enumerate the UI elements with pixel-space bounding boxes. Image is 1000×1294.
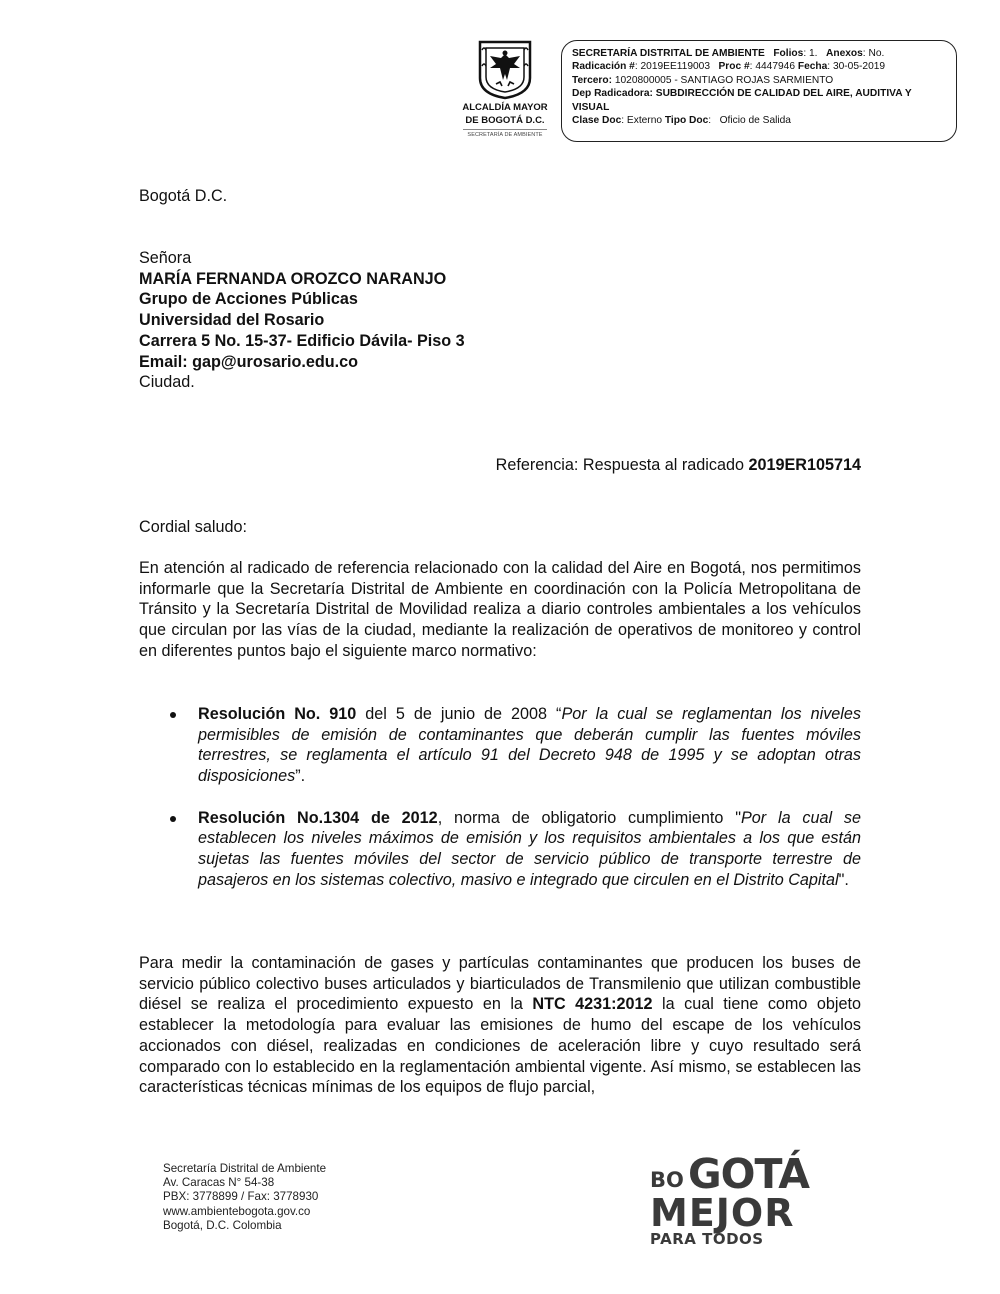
regulation-tail: ”. <box>295 767 305 785</box>
recipient-institution: Universidad del Rosario <box>139 310 861 331</box>
stamp-line-4: Dep Radicadora: SUBDIRECCIÓN DE CALIDAD … <box>572 87 948 114</box>
regulation-item: Resolución No. 910 del 5 de junio de 200… <box>168 704 861 787</box>
stamp-clase-value: : Externo <box>621 115 662 126</box>
footer-entity: Secretaría Distrital de Ambiente <box>163 1162 326 1176</box>
stamp-tercero-label: Tercero: <box>572 75 612 86</box>
logo-mejor: MEJOR <box>650 1196 840 1230</box>
regulation-item: Resolución No.1304 de 2012, norma de obl… <box>168 808 861 891</box>
footer-city: Bogotá, D.C. Colombia <box>163 1219 326 1233</box>
stamp-fecha-label: Fecha <box>798 61 827 72</box>
greeting: Cordial saludo: <box>139 517 861 538</box>
alcaldia-crest: ALCALDÍA MAYOR DE BOGOTÁ D.C. SECRETARÍA… <box>455 40 555 138</box>
stamp-tercero-value: 1020800005 - SANTIAGO ROJAS SARMIENTO <box>612 75 833 86</box>
recipient-email: Email: gap@urosario.edu.co <box>139 352 861 373</box>
stamp-tipo-value: : Oficio de Salida <box>708 115 791 126</box>
stamp-entity: SECRETARÍA DISTRITAL DE AMBIENTE <box>572 48 765 59</box>
recipient-group: Grupo de Acciones Públicas <box>139 289 861 310</box>
reference-number: 2019ER105714 <box>748 456 861 474</box>
salutation-title: Señora <box>139 248 861 269</box>
regulation-title: Resolución No. 910 <box>198 705 356 723</box>
bullet-icon <box>170 712 176 718</box>
letter-city: Bogotá D.C. <box>139 186 861 207</box>
reference-label: Referencia: Respuesta al radicado <box>496 456 749 474</box>
crest-title-1: ALCALDÍA MAYOR <box>455 102 555 113</box>
recipient-name: MARÍA FERNANDA OROZCO NARANJO <box>139 269 861 290</box>
intro-paragraph: En atención al radicado de referencia re… <box>139 558 861 662</box>
logo-para-todos: PARA TODOS <box>650 1230 840 1248</box>
filing-stamp: SECRETARÍA DISTRITAL DE AMBIENTE Folios:… <box>561 40 957 142</box>
regulation-tail: ". <box>839 871 849 889</box>
stamp-folios-label: Folios <box>773 48 803 59</box>
recipient-address: Carrera 5 No. 15-37- Edificio Dávila- Pi… <box>139 331 861 352</box>
footer-address: Secretaría Distrital de Ambiente Av. Car… <box>163 1162 326 1233</box>
crest-title-2: DE BOGOTÁ D.C. <box>455 115 555 126</box>
stamp-line-1: SECRETARÍA DISTRITAL DE AMBIENTE Folios:… <box>572 47 948 60</box>
bullet-icon <box>170 816 176 822</box>
stamp-proc-label: Proc # <box>719 61 750 72</box>
closing-paragraph: Para medir la contaminación de gases y p… <box>139 953 861 1098</box>
bogota-mejor-logo: BO GOTÁ MEJOR PARA TODOS <box>650 1148 840 1248</box>
stamp-anexos-value: : No. <box>863 48 885 59</box>
ntc-reference: NTC 4231:2012 <box>532 995 652 1013</box>
stamp-line-3: Tercero: 1020800005 - SANTIAGO ROJAS SAR… <box>572 74 948 87</box>
regulation-note: , norma de obligatorio cumplimiento " <box>438 809 741 827</box>
logo-bo: BO <box>650 1168 684 1192</box>
recipient-block: Señora MARÍA FERNANDA OROZCO NARANJO Gru… <box>139 248 861 393</box>
stamp-line-5: Clase Doc: Externo Tipo Doc: Oficio de S… <box>572 114 948 127</box>
regulations-list: Resolución No. 910 del 5 de junio de 200… <box>168 704 861 890</box>
stamp-tipo-label: Tipo Doc <box>665 115 708 126</box>
logo-gota: GOTÁ <box>688 1148 809 1200</box>
stamp-anexos-label: Anexos <box>826 48 863 59</box>
reference-line: Referencia: Respuesta al radicado 2019ER… <box>139 455 861 476</box>
coat-of-arms-icon <box>476 40 534 100</box>
stamp-radicacion-label: Radicación # <box>572 61 635 72</box>
stamp-radicacion-value: : 2019EE119003 <box>635 61 710 72</box>
footer-street: Av. Caracas N° 54-38 <box>163 1176 326 1190</box>
footer-phone: PBX: 3778899 / Fax: 3778930 <box>163 1190 326 1204</box>
crest-divider <box>463 129 547 130</box>
stamp-clase-label: Clase Doc <box>572 115 621 126</box>
crest-subtitle: SECRETARÍA DE AMBIENTE <box>455 132 555 138</box>
regulation-title: Resolución No.1304 de 2012 <box>198 809 438 827</box>
footer-website: www.ambientebogota.gov.co <box>163 1205 326 1219</box>
stamp-folios-value: : 1. <box>803 48 817 59</box>
stamp-dep-label: Dep Radicadora: <box>572 88 653 99</box>
regulation-date: del 5 de junio de 2008 “ <box>356 705 561 723</box>
stamp-fecha-value: : 30-05-2019 <box>827 61 885 72</box>
stamp-line-2: Radicación #: 2019EE119003 Proc #: 44479… <box>572 60 948 73</box>
stamp-proc-value: : 4447946 <box>750 61 795 72</box>
recipient-city: Ciudad. <box>139 372 861 393</box>
